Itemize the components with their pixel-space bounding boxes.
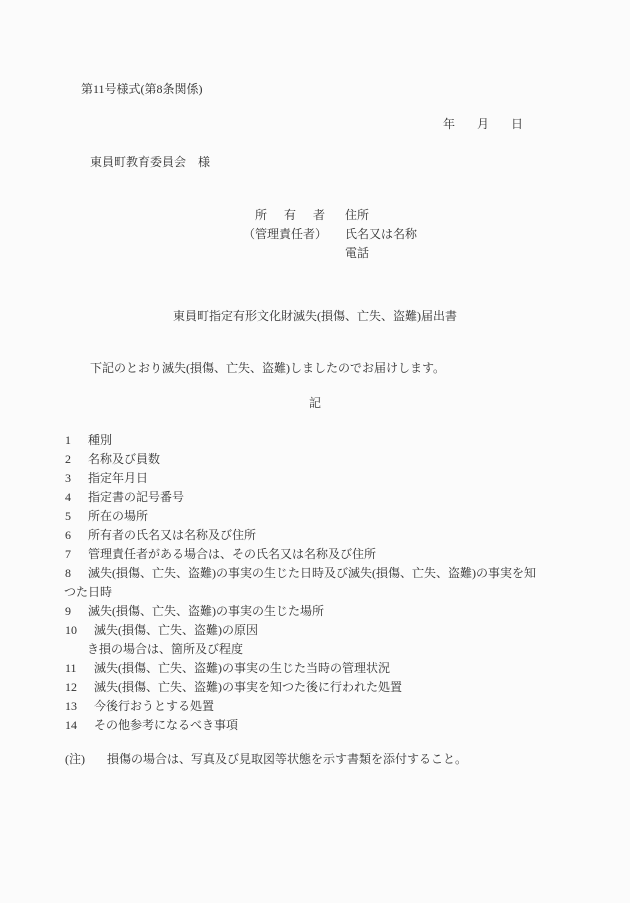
item-list: 1種別 2名称及び員数 3指定年月日 4指定書の記号番号 5所在の場所 6所有者… xyxy=(65,431,630,735)
document-title: 東員町指定有形文化財滅失(損傷、亡失、盗難)届出書 xyxy=(0,307,630,326)
item-text: 滅失(損傷、亡失、盗難)の事実の生じた当時の管理状況 xyxy=(94,661,390,675)
item-text: 滅失(損傷、亡失、盗難)の事実の生じた場所 xyxy=(88,604,324,618)
item-number: 10 xyxy=(65,621,94,640)
sender-line-phone: 電話 xyxy=(0,244,630,263)
list-item-10-continuation: き損の場合は、箇所及び程度 xyxy=(87,640,630,659)
list-item-6: 6所有者の氏名又は名称及び住所 xyxy=(65,526,630,545)
sender-role-manager: （管理責任者） xyxy=(243,225,327,244)
sender-line-address: 所有者 住所 xyxy=(0,206,630,225)
item-number: 9 xyxy=(65,602,88,621)
list-item-11: 11滅失(損傷、亡失、盗難)の事実の生じた当時の管理状況 xyxy=(65,659,630,678)
list-item-9: 9滅失(損傷、亡失、盗難)の事実の生じた場所 xyxy=(65,602,630,621)
list-item-14: 14その他参考になるべき事項 xyxy=(65,716,630,735)
date-placeholder: 年月日 xyxy=(443,115,545,134)
list-item-12: 12滅失(損傷、亡失、盗難)の事実を知つた後に行われた処置 xyxy=(65,678,630,697)
item-number: 8 xyxy=(65,564,88,583)
item-number: 7 xyxy=(65,545,88,564)
note-label: (注) xyxy=(65,752,85,766)
item-number: 1 xyxy=(65,431,88,450)
item-number: 5 xyxy=(65,507,88,526)
item-number: 2 xyxy=(65,450,88,469)
item-text: 所有者の氏名又は名称及び住所 xyxy=(88,528,256,542)
item-number: 13 xyxy=(65,697,94,716)
note-text: 損傷の場合は、写真及び見取図等状態を示す書類を添付すること。 xyxy=(107,752,467,766)
item-text: 指定年月日 xyxy=(88,471,148,485)
sender-line-name: （管理責任者） 氏名又は名称 xyxy=(0,225,630,244)
list-item-3: 3指定年月日 xyxy=(65,469,630,488)
item-text: き損の場合は、箇所及び程度 xyxy=(87,642,243,656)
item-text: 管理責任者がある場合は、その氏名又は名称及び住所 xyxy=(88,547,376,561)
sender-field-name: 氏名又は名称 xyxy=(345,225,417,244)
list-item-5: 5所在の場所 xyxy=(65,507,630,526)
item-number: 6 xyxy=(65,526,88,545)
list-item-13: 13今後行おうとする処置 xyxy=(65,697,630,716)
body-text: 下記のとおり滅失(損傷、亡失、盗難)しましたのでお届けします。 xyxy=(90,359,445,378)
item-number: 3 xyxy=(65,469,88,488)
list-item-1: 1種別 xyxy=(65,431,630,450)
record-marker: 記 xyxy=(0,394,630,413)
sender-field-phone: 電話 xyxy=(345,244,369,263)
list-item-2: 2名称及び員数 xyxy=(65,450,630,469)
document-page: 第11号様式(第8条関係) 年月日 東員町教育委員会 様 所有者 住所 （管理責… xyxy=(0,0,630,903)
list-item-8-continuation: つた日時 xyxy=(64,583,630,602)
item-text: 名称及び員数 xyxy=(88,452,160,466)
list-item-10: 10滅失(損傷、亡失、盗難)の原因 xyxy=(65,621,630,640)
list-item-8: 8滅失(損傷、亡失、盗難)の事実の生じた日時及び滅失(損傷、亡失、盗難)の事実を… xyxy=(65,564,630,583)
item-text: 指定書の記号番号 xyxy=(88,490,184,504)
sender-block: 所有者 住所 （管理責任者） 氏名又は名称 電話 xyxy=(0,206,630,263)
addressee: 東員町教育委員会 様 xyxy=(90,153,210,172)
form-number: 第11号様式(第8条関係) xyxy=(81,80,203,99)
item-number: 4 xyxy=(65,488,88,507)
item-text: 滅失(損傷、亡失、盗難)の事実の生じた日時及び滅失(損傷、亡失、盗難)の事実を知 xyxy=(88,566,536,580)
item-number: 14 xyxy=(65,716,94,735)
item-text: 今後行おうとする処置 xyxy=(94,699,214,713)
note: (注)損傷の場合は、写真及び見取図等状態を示す書類を添付すること。 xyxy=(65,750,467,769)
item-number: 11 xyxy=(65,659,94,678)
item-text: 滅失(損傷、亡失、盗難)の事実を知つた後に行われた処置 xyxy=(94,680,402,694)
item-text: つた日時 xyxy=(64,585,112,599)
list-item-4: 4指定書の記号番号 xyxy=(65,488,630,507)
sender-role-owner: 所有者 xyxy=(255,206,342,225)
item-text: 種別 xyxy=(88,433,112,447)
item-text: 滅失(損傷、亡失、盗難)の原因 xyxy=(94,623,258,637)
item-number: 12 xyxy=(65,678,94,697)
list-item-7: 7管理責任者がある場合は、その氏名又は名称及び住所 xyxy=(65,545,630,564)
sender-field-address: 住所 xyxy=(345,206,369,225)
item-text: 所在の場所 xyxy=(88,509,148,523)
item-text: その他参考になるべき事項 xyxy=(94,718,238,732)
